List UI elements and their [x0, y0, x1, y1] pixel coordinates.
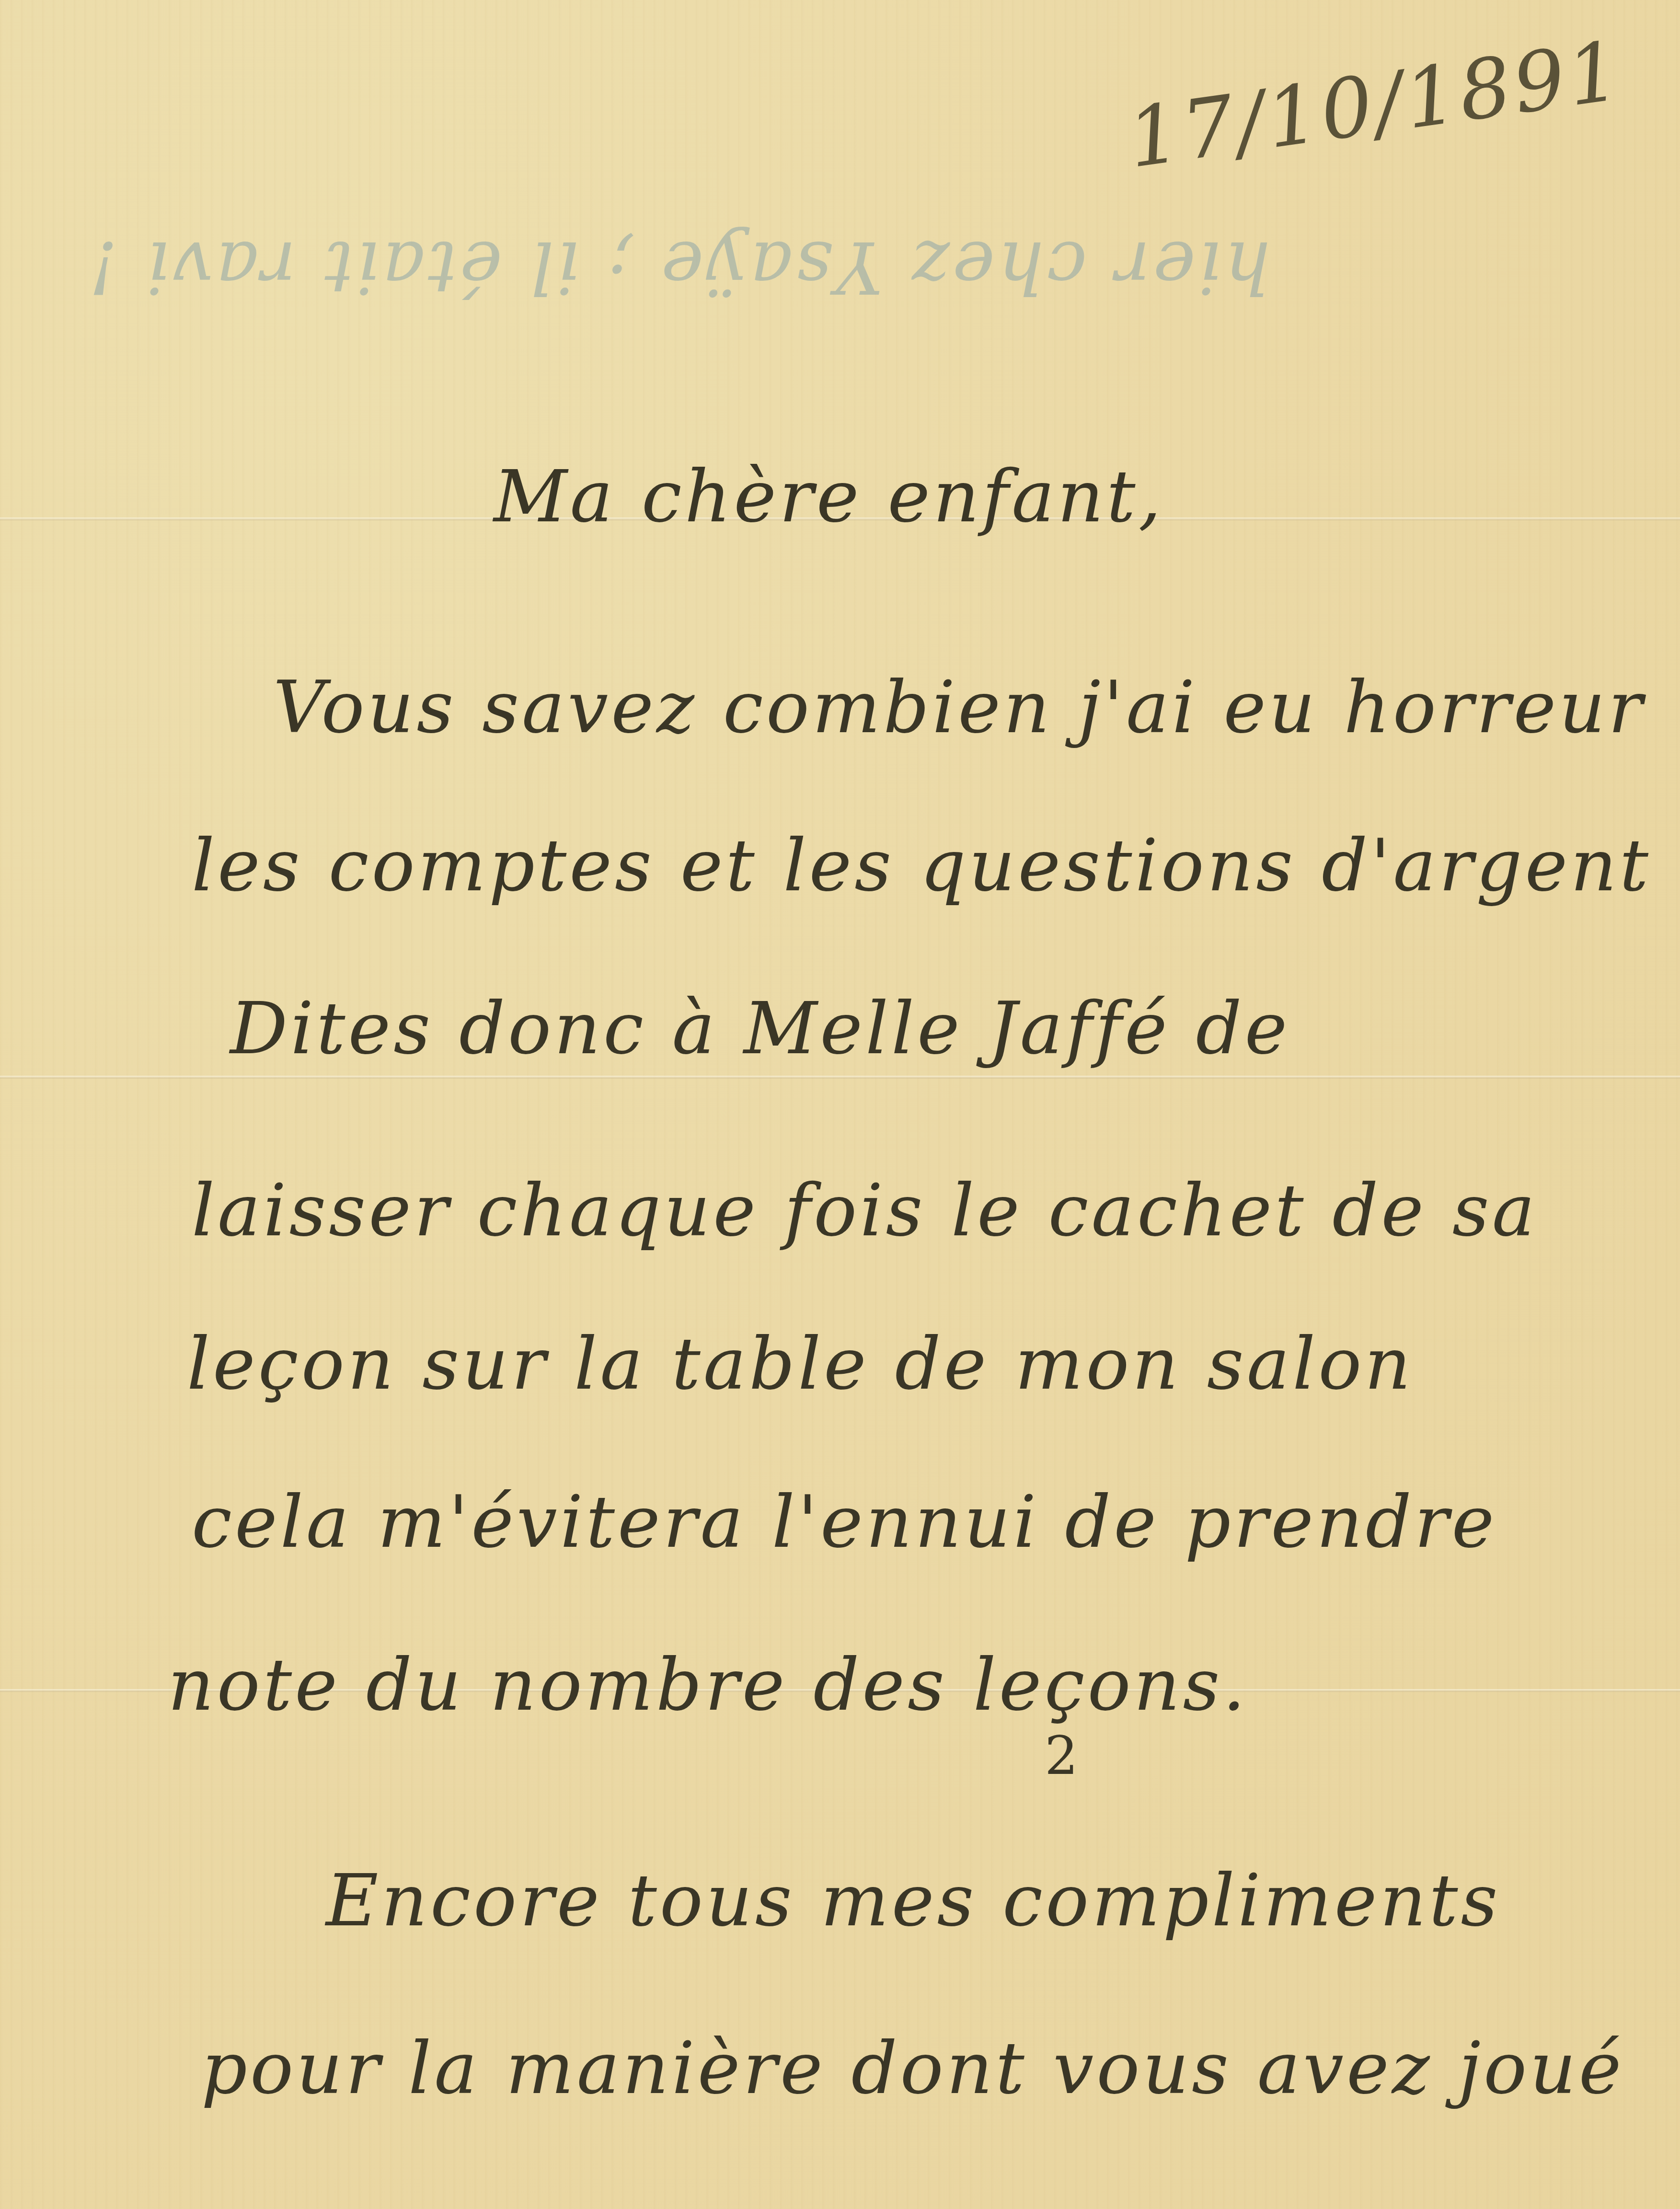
letter-date: 17/10/1891 [1122, 23, 1628, 187]
letter-page: hier chez Ysaÿe ; il était ravi ! 17/10/… [0, 0, 1680, 2209]
body-line: note du nombre des leçons. [168, 1644, 1248, 1727]
show-through-text: hier chez Ysaÿe ; il était ravi ! [86, 225, 1271, 309]
body-line: Dites donc à Melle Jaffé de [230, 987, 1290, 1070]
body-line: leçon sur la table de mon salon [187, 1323, 1414, 1406]
body-line: les comptes et les questions d'argent ? [192, 824, 1680, 908]
salutation: Ma chère enfant, [494, 455, 1164, 539]
body-line: cela m'évitera l'ennui de prendre [192, 1481, 1497, 1564]
paper-fold-line [0, 1076, 1680, 1079]
body-line: Vous savez combien j'ai eu horreur [273, 666, 1645, 749]
body-line: laisser chaque fois le cachet de sa [192, 1169, 1538, 1253]
page-number-mark: 2 [1045, 1725, 1078, 1786]
body-line: pour la manière dont vous avez joué [201, 2027, 1624, 2110]
body-line: Encore tous mes compliments [326, 1859, 1500, 1943]
